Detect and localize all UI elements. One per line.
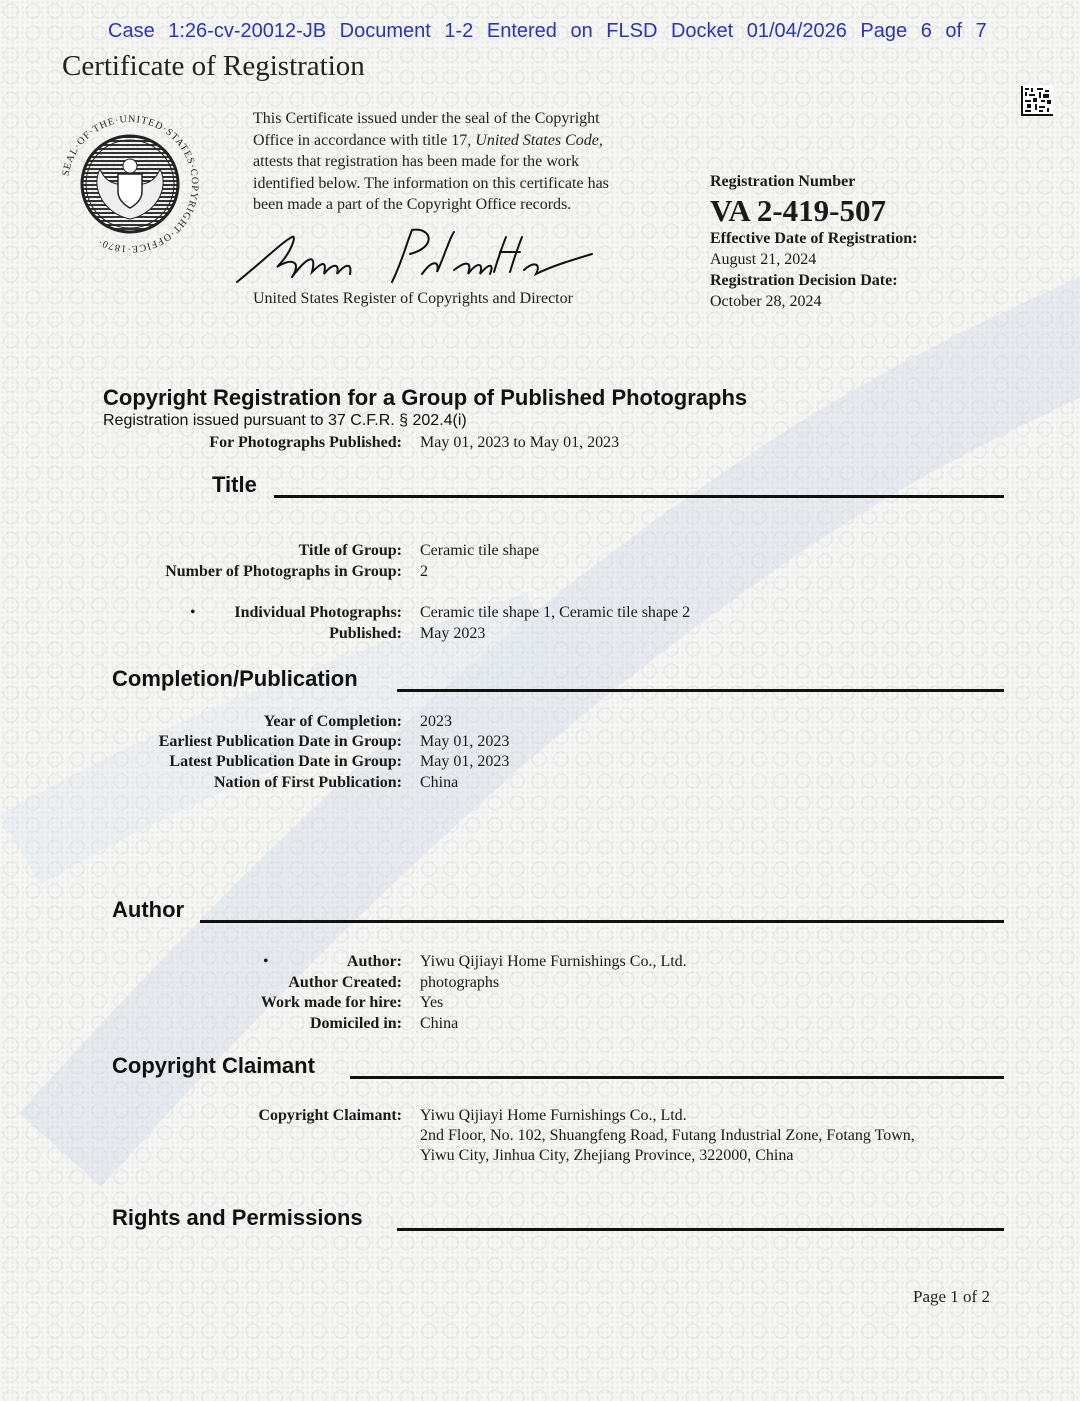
field-value: May 01, 2023 bbox=[420, 752, 509, 773]
field-row: Author Created: photographs bbox=[0, 973, 1080, 994]
court-filing-stamp: Case 1:26-cv-20012-JB Document 1-2 Enter… bbox=[108, 20, 987, 43]
field-row: • Individual Photographs: Ceramic tile s… bbox=[0, 603, 1080, 624]
field-label: Author Created: bbox=[288, 973, 402, 994]
field-value: May 01, 2023 to May 01, 2023 bbox=[420, 433, 619, 454]
field-label: Earliest Publication Date in Group: bbox=[159, 732, 402, 753]
field-row: Earliest Publication Date in Group: May … bbox=[0, 732, 1080, 753]
section-divider bbox=[350, 1076, 1004, 1079]
field-label: Latest Publication Date in Group: bbox=[169, 752, 402, 773]
field-label: Year of Completion: bbox=[264, 712, 402, 733]
field-row: Copyright Claimant: Yiwu Qijiayi Home Fu… bbox=[0, 1106, 1080, 1127]
field-value: China bbox=[420, 1014, 458, 1035]
field-row: Year of Completion: 2023 bbox=[0, 712, 1080, 733]
section-divider bbox=[397, 689, 1004, 692]
field-row: Work made for hire: Yes bbox=[0, 993, 1080, 1014]
field-label: Individual Photographs: bbox=[234, 603, 402, 624]
effective-date-label: Effective Date of Registration: bbox=[710, 228, 917, 249]
intro-line: identified below. The information on thi… bbox=[253, 173, 673, 195]
register-title: United States Register of Copyrights and… bbox=[253, 290, 573, 308]
registration-type-heading: Copyright Registration for a Group of Pu… bbox=[103, 385, 747, 411]
section-heading-claimant: Copyright Claimant bbox=[112, 1053, 315, 1079]
field-row: Published: May 2023 bbox=[0, 624, 1080, 645]
section-divider bbox=[200, 920, 1004, 923]
section-heading-author: Author bbox=[112, 897, 184, 923]
field-value: 2023 bbox=[420, 712, 452, 733]
intro-line: been made a part of the Copyright Office… bbox=[253, 194, 673, 216]
registration-regulation: Registration issued pursuant to 37 C.F.R… bbox=[103, 412, 467, 430]
document-number: Document 1-2 bbox=[340, 20, 474, 42]
field-label: Author: bbox=[347, 952, 402, 973]
certificate-intro: This Certificate issued under the seal o… bbox=[253, 108, 673, 216]
published-range-row: For Photographs Published: May 01, 2023 … bbox=[0, 433, 1080, 454]
bullet-icon: • bbox=[190, 603, 196, 624]
intro-text: , bbox=[599, 132, 603, 149]
field-label: Title of Group: bbox=[299, 541, 402, 562]
docket-entry: Entered on FLSD Docket 01/04/2026 bbox=[487, 20, 847, 42]
field-row: Number of Photographs in Group: 2 bbox=[0, 562, 1080, 583]
field-value: Ceramic tile shape 1, Ceramic tile shape… bbox=[420, 603, 690, 624]
barcode-icon bbox=[1021, 86, 1053, 116]
field-label: Domiciled in: bbox=[310, 1014, 402, 1035]
field-label: Work made for hire: bbox=[261, 993, 402, 1014]
field-value: May 01, 2023 bbox=[420, 732, 509, 753]
field-value: 2 bbox=[420, 562, 428, 583]
field-value: photographs bbox=[420, 973, 499, 994]
intro-italic: United States Code bbox=[475, 132, 599, 149]
field-row: Domiciled in: China bbox=[0, 1014, 1080, 1035]
section-heading-rights: Rights and Permissions bbox=[112, 1205, 363, 1231]
field-value: Ceramic tile shape bbox=[420, 541, 539, 562]
field-row: 2nd Floor, No. 102, Shuangfeng Road, Fut… bbox=[0, 1126, 1080, 1147]
field-label: Nation of First Publication: bbox=[214, 773, 402, 794]
field-label: Number of Photographs in Group: bbox=[165, 562, 402, 583]
field-row: • Author: Yiwu Qijiayi Home Furnishings … bbox=[0, 952, 1080, 973]
decision-date-label: Registration Decision Date: bbox=[710, 270, 917, 291]
registration-number-label: Registration Number bbox=[710, 171, 917, 192]
field-value: May 2023 bbox=[420, 624, 485, 645]
field-value: Yiwu Qijiayi Home Furnishings Co., Ltd. bbox=[420, 952, 687, 973]
intro-line: This Certificate issued under the seal o… bbox=[253, 108, 673, 130]
case-number: Case 1:26-cv-20012-JB bbox=[108, 20, 326, 42]
section-heading-title: Title bbox=[212, 472, 257, 498]
section-heading-completion: Completion/Publication bbox=[112, 666, 358, 692]
field-value: Yes bbox=[420, 993, 443, 1014]
registration-info: Registration Number VA 2-419-507 Effecti… bbox=[710, 171, 917, 312]
intro-line: attests that registration has been made … bbox=[253, 151, 673, 173]
section-divider bbox=[397, 1228, 1004, 1231]
filing-page: Page 6 of 7 bbox=[860, 20, 986, 42]
field-value: China bbox=[420, 773, 458, 794]
bullet-icon: • bbox=[263, 952, 269, 973]
intro-text: Office in accordance with title 17, bbox=[253, 132, 475, 149]
field-row: Title of Group: Ceramic tile shape bbox=[0, 541, 1080, 562]
field-label: For Photographs Published: bbox=[209, 433, 402, 454]
field-row: Nation of First Publication: China bbox=[0, 773, 1080, 794]
effective-date: August 21, 2024 bbox=[710, 249, 917, 270]
registration-number: VA 2-419-507 bbox=[710, 194, 917, 228]
field-label: Published: bbox=[329, 624, 402, 645]
signature-icon bbox=[232, 222, 602, 292]
intro-line: Office in accordance with title 17, Unit… bbox=[253, 130, 673, 152]
claimant-address-line: 2nd Floor, No. 102, Shuangfeng Road, Fut… bbox=[420, 1126, 915, 1147]
decision-date: October 28, 2024 bbox=[710, 291, 917, 312]
page-number: Page 1 of 2 bbox=[913, 1287, 990, 1307]
claimant-name: Yiwu Qijiayi Home Furnishings Co., Ltd. bbox=[420, 1106, 687, 1127]
copyright-office-seal-icon: SEAL·OF·THE·UNITED·STATES·COPYRIGHT·OFFI… bbox=[60, 104, 200, 264]
field-row: Yiwu City, Jinhua City, Zhejiang Provinc… bbox=[0, 1146, 1080, 1167]
field-row: Latest Publication Date in Group: May 01… bbox=[0, 752, 1080, 773]
certificate-title: Certificate of Registration bbox=[62, 50, 365, 83]
claimant-address-line: Yiwu City, Jinhua City, Zhejiang Provinc… bbox=[420, 1146, 793, 1167]
section-divider bbox=[274, 495, 1004, 498]
field-label: Copyright Claimant: bbox=[258, 1106, 402, 1127]
